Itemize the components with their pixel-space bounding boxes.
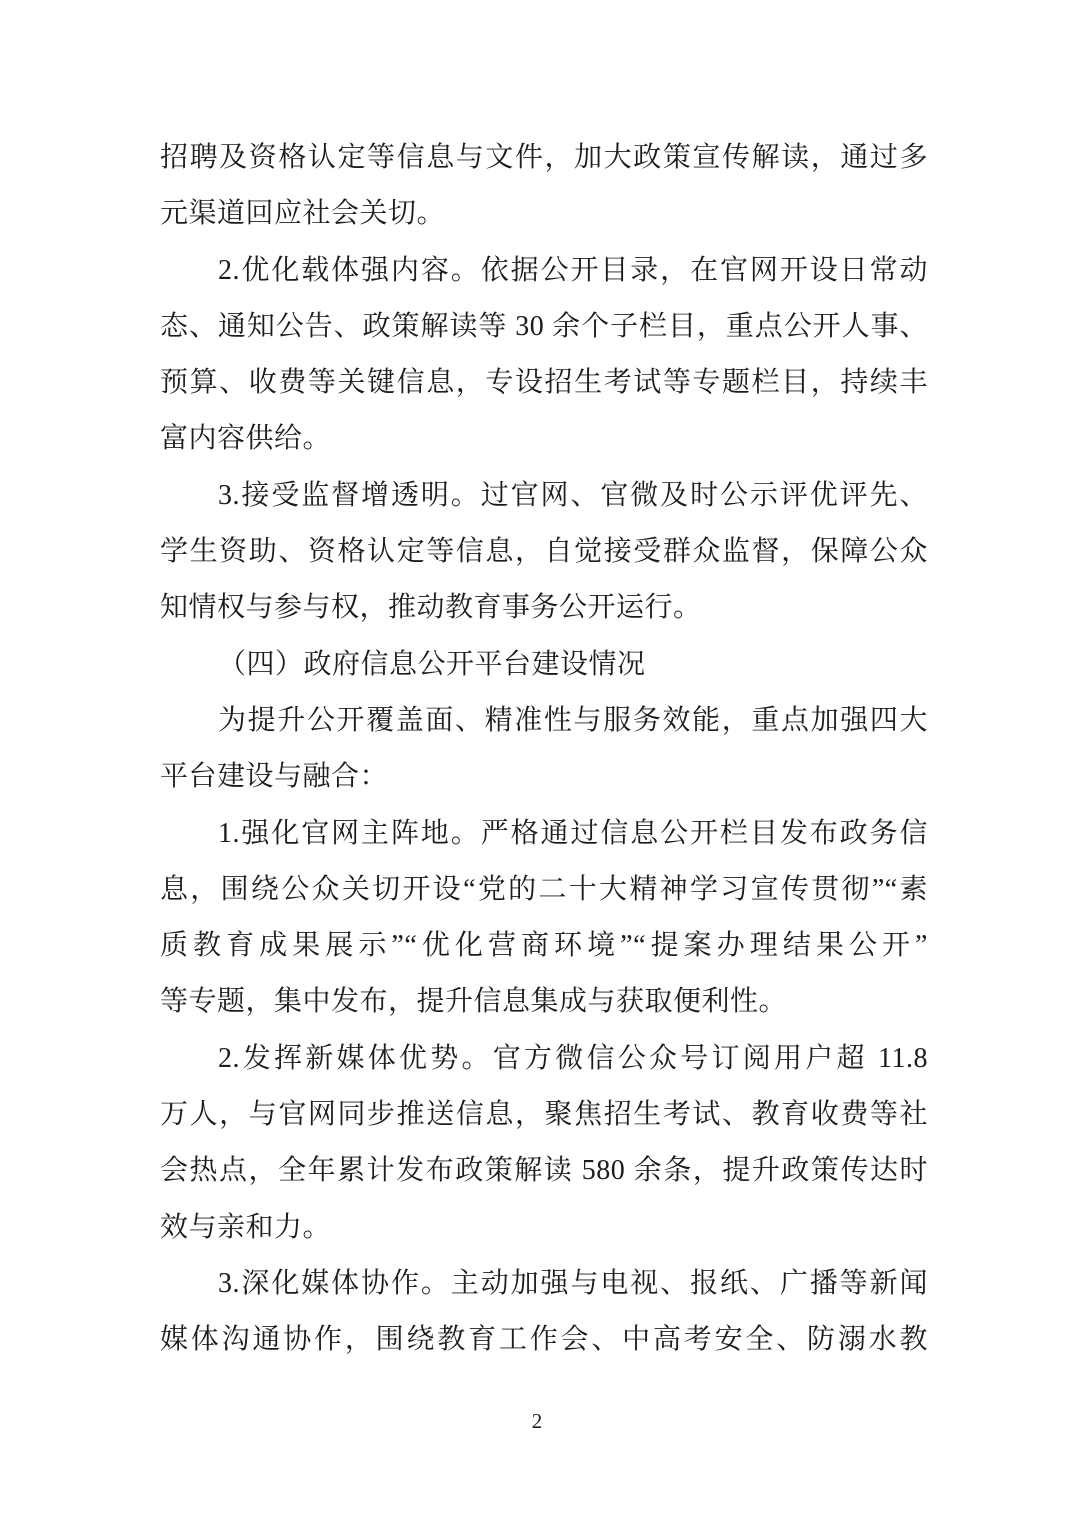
text-line: 为提升公开覆盖面、精准性与服务效能，重点加强四大: [160, 693, 928, 749]
text-line: 万人，与官网同步推送信息，聚焦招生考试、教育收费等社: [160, 1087, 928, 1143]
text-line: 媒体沟通协作，围绕教育工作会、中高考安全、防溺水教育、: [160, 1312, 928, 1368]
document-body: 招聘及资格认定等信息与文件，加大政策宣传解读，通过多 元渠道回应社会关切。 2.…: [160, 130, 928, 1369]
text-line: 2.发挥新媒体优势。官方微信公众号订阅用户超 11.8: [160, 1031, 928, 1087]
text-line: 预算、收费等关键信息，专设招生考试等专题栏目，持续丰: [160, 355, 928, 411]
text-line: 效与亲和力。: [160, 1200, 928, 1256]
text-line: 富内容供给。: [160, 411, 928, 467]
text-line: 招聘及资格认定等信息与文件，加大政策宣传解读，通过多: [160, 130, 928, 186]
text-line: 态、通知公告、政策解读等 30 余个子栏目，重点公开人事、: [160, 299, 928, 355]
document-page: 招聘及资格认定等信息与文件，加大政策宣传解读，通过多 元渠道回应社会关切。 2.…: [0, 0, 1074, 1520]
text-line: 1.强化官网主阵地。严格通过信息公开栏目发布政务信: [160, 806, 928, 862]
text-line: 平台建设与融合：: [160, 749, 928, 805]
section-heading: （四）政府信息公开平台建设情况: [160, 637, 928, 693]
text-line: 知情权与参与权，推动教育事务公开运行。: [160, 580, 928, 636]
text-line: 会热点，全年累计发布政策解读 580 余条，提升政策传达时: [160, 1143, 928, 1199]
text-line: 2.优化载体强内容。依据公开目录，在官网开设日常动: [160, 243, 928, 299]
text-line: 元渠道回应社会关切。: [160, 186, 928, 242]
text-line: 学生资助、资格认定等信息，自觉接受群众监督，保障公众: [160, 524, 928, 580]
text-line: 质教育成果展示”“优化营商环境”“提案办理结果公开”: [160, 918, 928, 974]
page-number: 2: [0, 1406, 1074, 1436]
text-line: 3.接受监督增透明。过官网、官微及时公示评优评先、: [160, 468, 928, 524]
text-line: 3.深化媒体协作。主动加强与电视、报纸、广播等新闻: [160, 1256, 928, 1312]
text-line: 息，围绕公众关切开设“党的二十大精神学习宣传贯彻”“素: [160, 862, 928, 918]
text-line: 等专题，集中发布，提升信息集成与获取便利性。: [160, 974, 928, 1030]
